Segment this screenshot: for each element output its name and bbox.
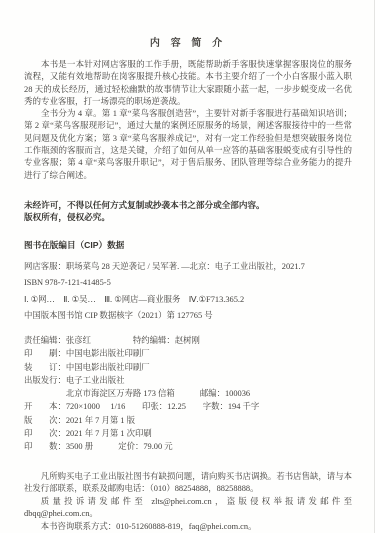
copyright-notice-line-2: 版权所有，侵权必究。 (24, 211, 352, 224)
intro-paragraph-2: 全书分为 4 章。第 1 章“菜鸟客服创造营”，主要针对新手客服进行基础知识培训… (24, 107, 352, 181)
publication-info-block: 责任编辑：张彦红 特约编辑：赵树刚 印 刷：中国电影出版社印刷厂 装 订：中国电… (24, 334, 352, 454)
pub-line-binding: 装 订：中国电影出版社印刷厂 (24, 361, 352, 374)
intro-paragraph-1: 本书是一本针对网店客服的工作手册，既能帮助新手客服快速掌握客服岗位的服务流程，又… (24, 58, 352, 107)
pub-line-printer: 印 刷：中国电影出版社印刷厂 (24, 347, 352, 360)
footer-line-complaint-email: 质量投诉请发邮件至 zlts@phei.com.cn，盗版侵权举报请发邮件至 d… (24, 496, 352, 521)
cip-heading: 图书在版编目（CIP）数据 (24, 239, 352, 251)
pub-line-print-run-price: 印 数：3500 册 定价：79.00 元 (24, 440, 352, 453)
copyright-notice: 未经许可，不得以任何方式复制或抄袭本书之部分或全部内容。 版权所有，侵权必究。 (24, 199, 352, 224)
pub-line-editors: 责任编辑：张彦红 特约编辑：赵树刚 (24, 334, 352, 347)
pub-line-address: 北京市海淀区万寿路 173 信箱 邮编：100036 (24, 387, 352, 400)
pub-line-edition: 版 次：2021 年 7 月第 1 版 (24, 414, 352, 427)
pub-line-format: 开 本：720×1000 1/16 印张：12.25 字数：194 千字 (24, 400, 352, 413)
cip-data-block: 网店客服：职场菜鸟 28 天逆袭记 / 吴军著. —北京：电子工业出版社，202… (24, 259, 352, 325)
footer-line-contact: 本书咨询联系方式：010-51260888-819，faq@phei.com.c… (24, 521, 352, 533)
cip-line-isbn: ISBN 978-7-121-41485-5 (24, 275, 352, 292)
footer-line-exchange: 凡所购买电子工业出版社图书有缺损问题，请向购买书店调换。若书店售缺，请与本社发行… (24, 471, 352, 496)
cip-line-classification: Ⅰ. ①网… Ⅱ. ①吴… Ⅲ. ①网店—商业服务 Ⅳ.①F713.365.2 (24, 292, 352, 309)
pub-line-impression: 印 次：2021 年 7 月第 1 次印刷 (24, 427, 352, 440)
purchase-service-notes: 凡所购买电子工业出版社图书有缺损问题，请向购买书店调换。若书店售缺，请与本社发行… (24, 471, 352, 533)
book-copyright-page: 内 容 简 介 本书是一本针对网店客服的工作手册，既能帮助新手客服快速掌握客服岗… (0, 0, 375, 533)
cip-line-title: 网店客服：职场菜鸟 28 天逆袭记 / 吴军著. —北京：电子工业出版社，202… (24, 259, 352, 276)
pub-line-publisher: 出版发行：电子工业出版社 (24, 374, 352, 387)
page-title: 内 容 简 介 (24, 34, 352, 49)
cip-line-record-number: 中国版本图书馆 CIP 数据核字（2021）第 127765 号 (24, 308, 352, 325)
copyright-notice-line-1: 未经许可，不得以任何方式复制或抄袭本书之部分或全部内容。 (24, 199, 352, 212)
